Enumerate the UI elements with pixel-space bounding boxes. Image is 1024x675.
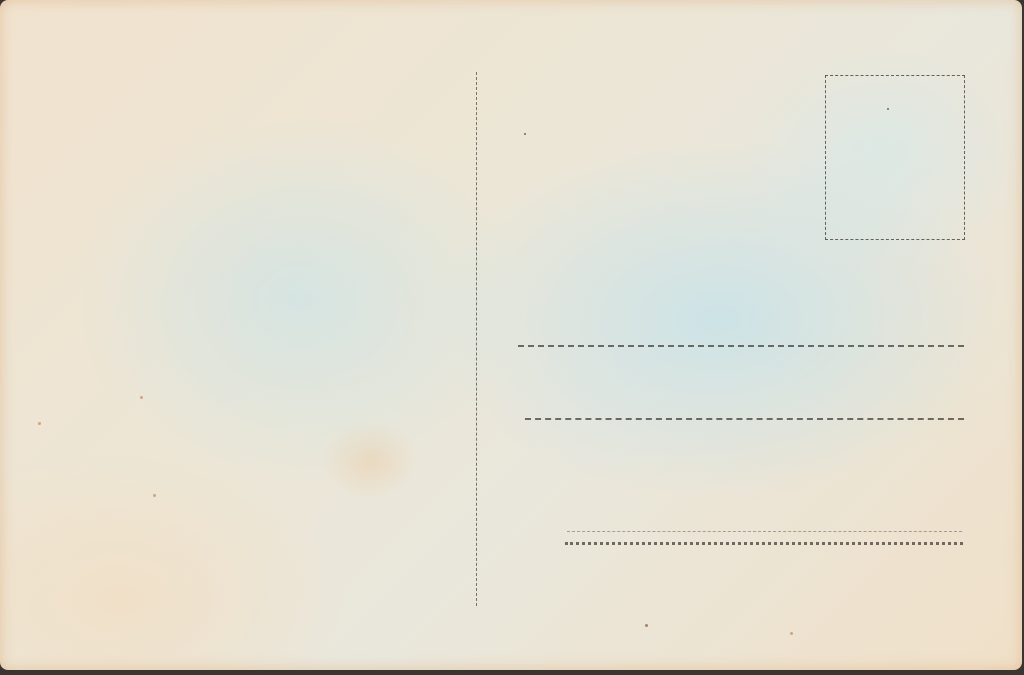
foxing-spot bbox=[140, 396, 143, 399]
center-divider-line bbox=[476, 72, 477, 606]
address-line-3-guide bbox=[567, 531, 962, 532]
address-line-1 bbox=[518, 345, 964, 347]
address-line-3 bbox=[565, 542, 963, 545]
foxing-spot bbox=[645, 624, 648, 627]
foxing-spot bbox=[153, 494, 156, 497]
foxing-spot bbox=[887, 108, 889, 110]
foxing-spot bbox=[790, 632, 793, 635]
postcard-back bbox=[0, 0, 1022, 670]
stamp-box bbox=[825, 75, 965, 240]
address-line-2 bbox=[525, 418, 964, 420]
message-area bbox=[20, 20, 460, 640]
foxing-spot bbox=[38, 422, 41, 425]
foxing-spot bbox=[524, 133, 526, 135]
